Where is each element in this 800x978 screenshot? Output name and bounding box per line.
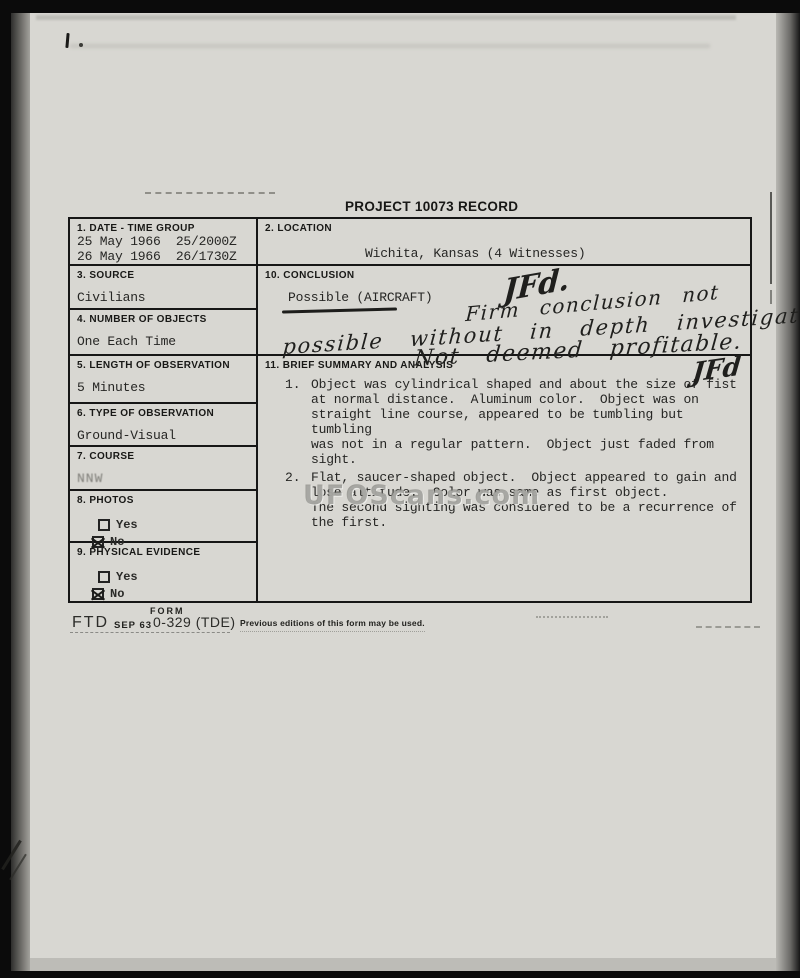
footer-dash-artifact (70, 632, 230, 633)
checkbox-unchecked-icon (98, 571, 110, 583)
field-value: 25 May 1966 25/2000Z 26 May 1966 26/1730… (77, 235, 252, 264)
field-label: 1. DATE - TIME GROUP (77, 223, 252, 234)
form-right-column: 2. LOCATION Wichita, Kansas (4 Witnesses… (258, 219, 750, 601)
summary-item-text: Object was cylindrical shaped and about … (311, 377, 746, 467)
field-label: 6. TYPE OF OBSERVATION (77, 408, 252, 419)
field-value: Possible (AIRCRAFT) (288, 290, 746, 305)
footer-form-date: SEP 63 (114, 620, 152, 631)
field-label: 3. SOURCE (77, 270, 252, 281)
field-label: 8. PHOTOS (77, 495, 252, 506)
footer-dash-artifact (240, 631, 425, 632)
field-label: 4. NUMBER OF OBJECTS (77, 314, 252, 325)
form-left-column: 1. DATE - TIME GROUP 25 May 1966 25/2000… (70, 219, 258, 601)
field-label: 10. CONCLUSION (265, 270, 746, 281)
field-length-of-observation: 5. LENGTH OF OBSERVATION 5 Minutes (70, 356, 256, 404)
field-number-of-objects: 4. NUMBER OF OBJECTS One Each Time (70, 310, 256, 356)
field-value: 5 Minutes (77, 380, 252, 395)
checkbox-unchecked-icon (98, 519, 110, 531)
field-brief-summary: 11. BRIEF SUMMARY AND ANALYSIS 1. Object… (258, 356, 750, 601)
paper-bottom-band (30, 958, 776, 971)
field-course: 7. COURSE NNW (70, 447, 256, 491)
field-source: 3. SOURCE Civilians (70, 266, 256, 310)
field-type-of-observation: 6. TYPE OF OBSERVATION Ground-Visual (70, 404, 256, 447)
photos-yes-row: Yes (98, 518, 252, 532)
checkbox-crossed-icon (92, 536, 104, 548)
field-label: 7. COURSE (77, 451, 252, 462)
field-date-time-group: 1. DATE - TIME GROUP 25 May 1966 25/2000… (70, 219, 256, 266)
scan-edge-bottom (0, 971, 800, 978)
field-value: NNW (77, 471, 252, 486)
paper-edge-shadow (36, 15, 736, 20)
summary-item-number: 1. (285, 377, 311, 392)
scan-shadow-right (776, 13, 800, 971)
field-location: 2. LOCATION Wichita, Kansas (4 Witnesses… (258, 219, 750, 266)
checkbox-label: Yes (116, 570, 138, 584)
field-label: 11. BRIEF SUMMARY AND ANALYSIS (265, 360, 746, 371)
watermark-text: UFOScans.com (303, 480, 540, 511)
field-photos: 8. PHOTOS Yes No (70, 491, 256, 543)
field-label: 5. LENGTH OF OBSERVATION (77, 360, 252, 371)
scan-edge-left (0, 0, 11, 978)
physical-evidence-no-row: No (92, 587, 252, 601)
record-form-table: 1. DATE - TIME GROUP 25 May 1966 25/2000… (68, 217, 752, 603)
field-physical-evidence: 9. PHYSICAL EVIDENCE Yes No (70, 543, 256, 601)
physical-evidence-yes-row: Yes (98, 570, 252, 584)
footer-form-number: 0-329 (TDE) (153, 614, 236, 630)
document-title: PROJECT 10073 RECORD (345, 199, 518, 214)
field-value: Ground-Visual (77, 428, 252, 443)
checkbox-label: No (110, 587, 124, 601)
field-label: 2. LOCATION (265, 223, 746, 234)
field-value: Civilians (77, 290, 252, 305)
footer-agency: FTD (72, 614, 109, 632)
field-value: Wichita, Kansas (4 Witnesses) (265, 246, 746, 261)
field-value: One Each Time (77, 334, 252, 349)
footer-note: Previous editions of this form may be us… (240, 618, 425, 628)
scan-edge-top (0, 0, 800, 13)
checkbox-label: Yes (116, 518, 138, 532)
checkbox-crossed-icon (92, 588, 104, 600)
summary-item: 1. Object was cylindrical shaped and abo… (285, 377, 746, 467)
scanned-document-page: PROJECT 10073 RECORD 1. DATE - TIME GROU… (0, 0, 800, 978)
scan-shadow-left (11, 13, 30, 971)
